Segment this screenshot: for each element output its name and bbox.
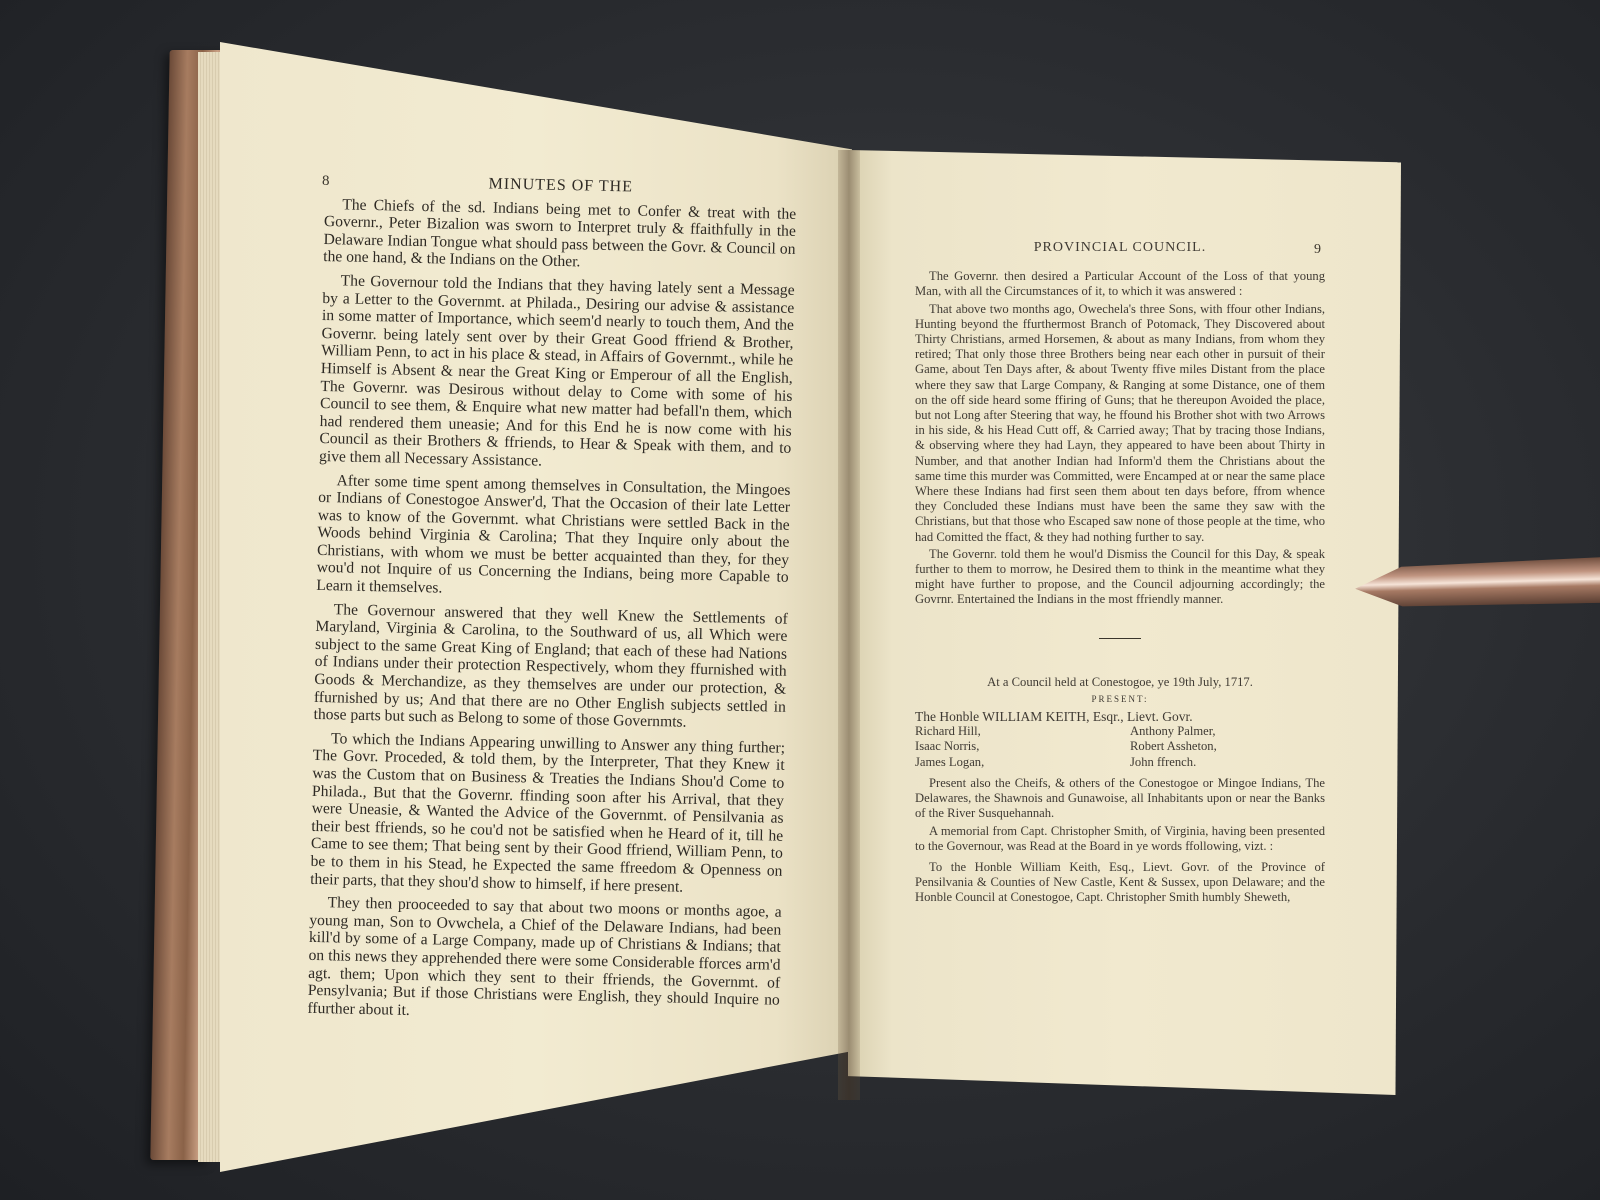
paragraph: The Governr. told them he woul'd Dismiss…: [915, 547, 1325, 608]
paragraph: That above two months ago, Owechela's th…: [915, 302, 1325, 545]
right-page-text: PROVINCIAL COUNCIL. The Governr. then de…: [915, 240, 1325, 908]
paragraph: The Chiefs of the sd. Indians being met …: [323, 196, 796, 276]
members-right-column: Anthony Palmer, Robert Assheton, John ff…: [1130, 724, 1325, 770]
paragraph: After some time spent among themselves i…: [316, 471, 790, 604]
photo-scene: 8 MINUTES OF THE The Chiefs of the sd. I…: [0, 0, 1600, 1200]
governor-line: The Honble WILLIAM KEITH, Esqr., Lievt. …: [915, 709, 1325, 724]
present-label: PRESENT:: [915, 692, 1325, 707]
paragraph: The Governour answered that they well Kn…: [313, 601, 787, 734]
member-name: Richard Hill,: [915, 724, 1110, 739]
members-left-column: Richard Hill, Isaac Norris, James Logan,: [915, 724, 1110, 770]
member-name: James Logan,: [915, 755, 1110, 770]
running-head-right: PROVINCIAL COUNCIL.: [915, 240, 1325, 255]
paragraph: They then prooceeded to say that about t…: [307, 894, 781, 1027]
council-heading: At a Council held at Conestogoe, ye 19th…: [915, 675, 1325, 690]
paragraph: To the Honble William Keith, Esq., Lievt…: [915, 860, 1325, 906]
member-name: John ffrench.: [1130, 755, 1325, 770]
paragraph: To which the Indians Appearing unwilling…: [310, 730, 785, 898]
council-members: Richard Hill, Isaac Norris, James Logan,…: [915, 724, 1325, 770]
book-gutter: [838, 150, 860, 1100]
member-name: Isaac Norris,: [915, 739, 1110, 754]
member-name: Anthony Palmer,: [1130, 724, 1325, 739]
paragraph: A memorial from Capt. Christopher Smith,…: [915, 824, 1325, 854]
section-divider: [1099, 638, 1141, 639]
paragraph: Present also the Cheifs, & others of the…: [915, 776, 1325, 822]
member-name: Robert Assheton,: [1130, 739, 1325, 754]
paragraph: The Governour told the Indians that they…: [319, 272, 795, 475]
paragraph: The Governr. then desired a Particular A…: [915, 269, 1325, 299]
left-page-text: MINUTES OF THE The Chiefs of the sd. Ind…: [307, 172, 797, 1033]
